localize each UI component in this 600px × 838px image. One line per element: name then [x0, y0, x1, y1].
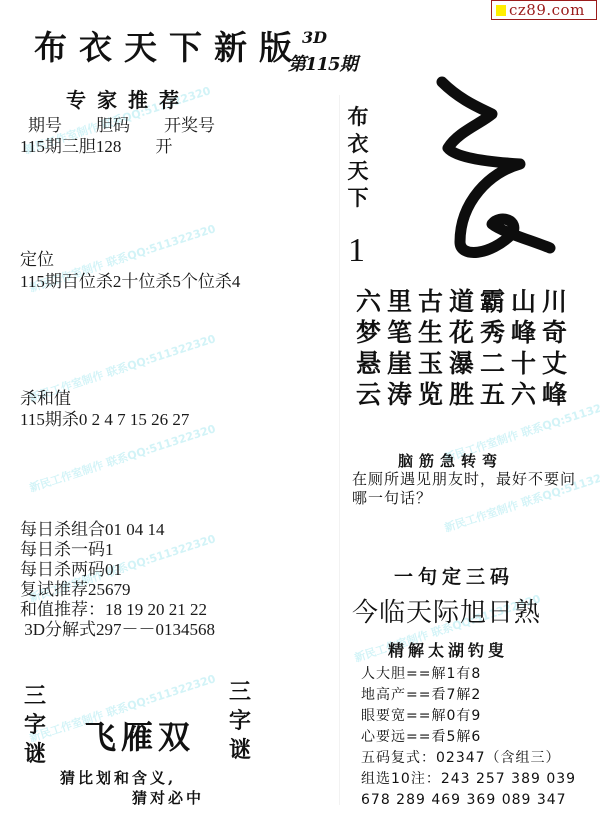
- daily-item: 3D分解式297－－0134568: [20, 620, 215, 640]
- riddle-hint-line1: 猜比划和含义,: [60, 767, 176, 788]
- vertical-number: 1: [348, 232, 365, 270]
- table-header: 期号 胆码 开奖号: [28, 116, 215, 136]
- yellow-square-icon: [496, 5, 506, 16]
- table-row: 115期三胆128 开: [20, 137, 172, 157]
- brain-teaser-title: 脑筋急转弯: [398, 450, 503, 471]
- kill-sum-value: 115期杀0 2 4 7 15 26 27: [20, 410, 189, 430]
- vertical-title: 布衣天下: [345, 103, 371, 211]
- interpretation-line: 眼要宽==解0有9: [361, 706, 576, 727]
- expert-recommend-title: 专家推荐: [66, 84, 190, 113]
- site-badge-text: cz89.com: [509, 1, 585, 19]
- interpretation-title: 精解太湖钓叟: [388, 638, 508, 661]
- daily-item: 复试推荐25679: [20, 580, 215, 600]
- daily-item: 每日杀组合01 04 14: [20, 520, 215, 540]
- interpretation-line: 人大胆==解1有8: [361, 664, 576, 685]
- game-label: 3D: [302, 28, 327, 47]
- riddle-side-label-right: 三字谜: [227, 678, 253, 765]
- daily-item: 和值推荐：18 19 20 21 22: [20, 600, 215, 620]
- interpretation-line: 心要远==看5解6: [361, 727, 576, 748]
- interpretation-line: 五码复式：02347（含组三）: [361, 748, 576, 769]
- daily-item: 每日杀两码01: [20, 560, 215, 580]
- poem-line: 悬崖玉瀑二十丈: [356, 348, 573, 379]
- interpretation-line: 地高产==看7解2: [361, 685, 576, 706]
- poem-line: 云涛览胜五六峰: [356, 379, 573, 410]
- watermark: 新民工作室制作 联系QQ:511322320: [27, 420, 217, 495]
- interpretation-lines: 人大胆==解1有8 地高产==看7解2 眼要宽==解0有9 心要远==看5解6 …: [361, 664, 576, 811]
- interpretation-line: 678 289 469 369 089 347: [361, 790, 576, 811]
- riddle-answer: 飞雁双: [84, 712, 195, 758]
- daily-recommendations: 每日杀组合01 04 14 每日杀一码1 每日杀两码01 复试推荐25679 和…: [20, 520, 215, 640]
- one-sentence-phrase: 今临天际旭日熟: [352, 592, 541, 629]
- kill-sum-label: 杀和值: [20, 389, 71, 409]
- poem: 六里古道霸山川 梦笔生花秀峰奇 悬崖玉瀑二十丈 云涛览胜五六峰: [356, 286, 573, 410]
- one-sentence-title: 一句定三码: [394, 562, 514, 589]
- riddle-side-label-left: 三字谜: [22, 682, 48, 769]
- cursive-stroke-glyph-icon: [420, 72, 560, 276]
- brain-teaser-question: 在厕所遇见朋友时，最好不要问哪一句话？: [352, 470, 587, 508]
- poem-line: 梦笔生花秀峰奇: [356, 317, 573, 348]
- daily-item: 每日杀一码1: [20, 540, 215, 560]
- poem-line: 六里古道霸山川: [356, 286, 573, 317]
- issue-number: 第115期: [288, 50, 357, 76]
- site-badge-link[interactable]: cz89.com: [491, 0, 597, 20]
- position-label: 定位: [20, 250, 54, 270]
- position-value: 115期百位杀2十位杀5个位杀4: [20, 272, 240, 292]
- main-title: 布衣天下新版: [34, 22, 304, 69]
- column-divider: [339, 95, 340, 805]
- interpretation-line: 组选10注：243 257 389 039: [361, 769, 576, 790]
- riddle-hint-line2: 猜对必中: [132, 787, 204, 808]
